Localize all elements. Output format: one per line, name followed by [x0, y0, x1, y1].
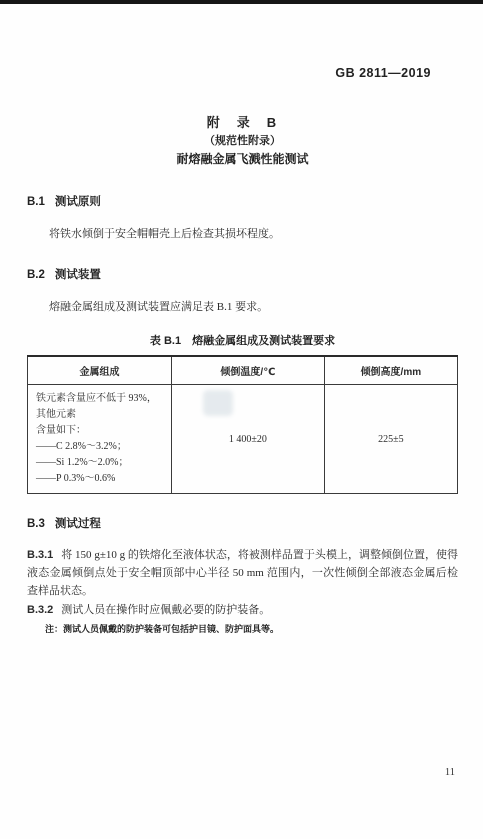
clause-text: 将 150 g±10 g 的铁熔化至液体状态，将被测样品置于头模上，调整倾倒位置…: [27, 549, 458, 597]
composition-line: 铁元素含量应不低于 93%，其他元素: [36, 391, 163, 423]
appendix-title: 附 录 B: [27, 114, 458, 132]
paragraph-b1: 将铁水倾倒于安全帽帽壳上后检查其损坏程度。: [27, 226, 458, 243]
clause-b31: B.3.1将 150 g±10 g 的铁熔化至液体状态，将被测样品置于头模上，调…: [27, 546, 458, 600]
section-title: 测试装置: [55, 269, 101, 281]
section-heading-b1: B.1测试原则: [27, 193, 458, 209]
clause-text: 测试人员在操作时应佩戴必要的防护装备。: [61, 604, 270, 616]
section-heading-b3: B.3测试过程: [27, 515, 458, 531]
section-title: 测试过程: [55, 518, 101, 530]
section-title: 测试原则: [55, 196, 101, 208]
composition-line: 含量如下：: [36, 423, 163, 439]
section-id: B.3: [27, 518, 45, 530]
scan-watermark: [203, 390, 233, 416]
section-heading-b2: B.2测试装置: [27, 266, 458, 282]
appendix-title-block: 附 录 B （规范性附录） 耐熔融金属飞溅性能测试: [27, 114, 458, 169]
clause-id: B.3.1: [27, 549, 53, 561]
document-page: GB 2811—2019 附 录 B （规范性附录） 耐熔融金属飞溅性能测试 B…: [0, 0, 483, 839]
cell-composition: 铁元素含量应不低于 93%，其他元素 含量如下： ——C 2.8%～3.2%； …: [28, 385, 172, 494]
note: 注：测试人员佩戴的防护装备可包括护目镜、防护面具等。: [45, 622, 458, 635]
table-header-row: 金属组成 倾倒温度/℃ 倾倒高度/mm: [28, 356, 458, 385]
section-id: B.1: [27, 196, 45, 208]
section-id: B.2: [27, 269, 45, 281]
appendix-subtitle: （规范性附录）: [27, 132, 458, 150]
table-row: 铁元素含量应不低于 93%，其他元素 含量如下： ——C 2.8%～3.2%； …: [28, 385, 458, 494]
clause-b32: B.3.2测试人员在操作时应佩戴必要的防护装备。: [27, 601, 458, 619]
page-number: 11: [445, 767, 455, 778]
table-caption: 表 B.1 熔融金属组成及测试装置要求: [27, 332, 458, 348]
cell-temperature: 1 400±20: [172, 385, 325, 494]
appendix-name: 耐熔融金属飞溅性能测试: [27, 150, 458, 169]
paragraph-b2: 熔融金属组成及测试装置应满足表 B.1 要求。: [27, 299, 458, 316]
col-header-composition: 金属组成: [28, 356, 172, 385]
page-content: 附 录 B （规范性附录） 耐熔融金属飞溅性能测试 B.1测试原则 将铁水倾倒于…: [27, 114, 458, 635]
cell-height: 225±5: [324, 385, 457, 494]
col-header-height: 倾倒高度/mm: [324, 356, 457, 385]
spec-table: 金属组成 倾倒温度/℃ 倾倒高度/mm 铁元素含量应不低于 93%，其他元素 含…: [27, 355, 458, 494]
standard-number: GB 2811—2019: [335, 66, 431, 80]
col-header-temperature: 倾倒温度/℃: [172, 356, 325, 385]
composition-line: ——Si 1.2%～2.0%；: [36, 455, 163, 471]
composition-line: ——P 0.3%～0.6%: [36, 471, 163, 487]
clause-id: B.3.2: [27, 604, 53, 616]
composition-line: ——C 2.8%～3.2%；: [36, 439, 163, 455]
scan-edge: [0, 0, 483, 4]
